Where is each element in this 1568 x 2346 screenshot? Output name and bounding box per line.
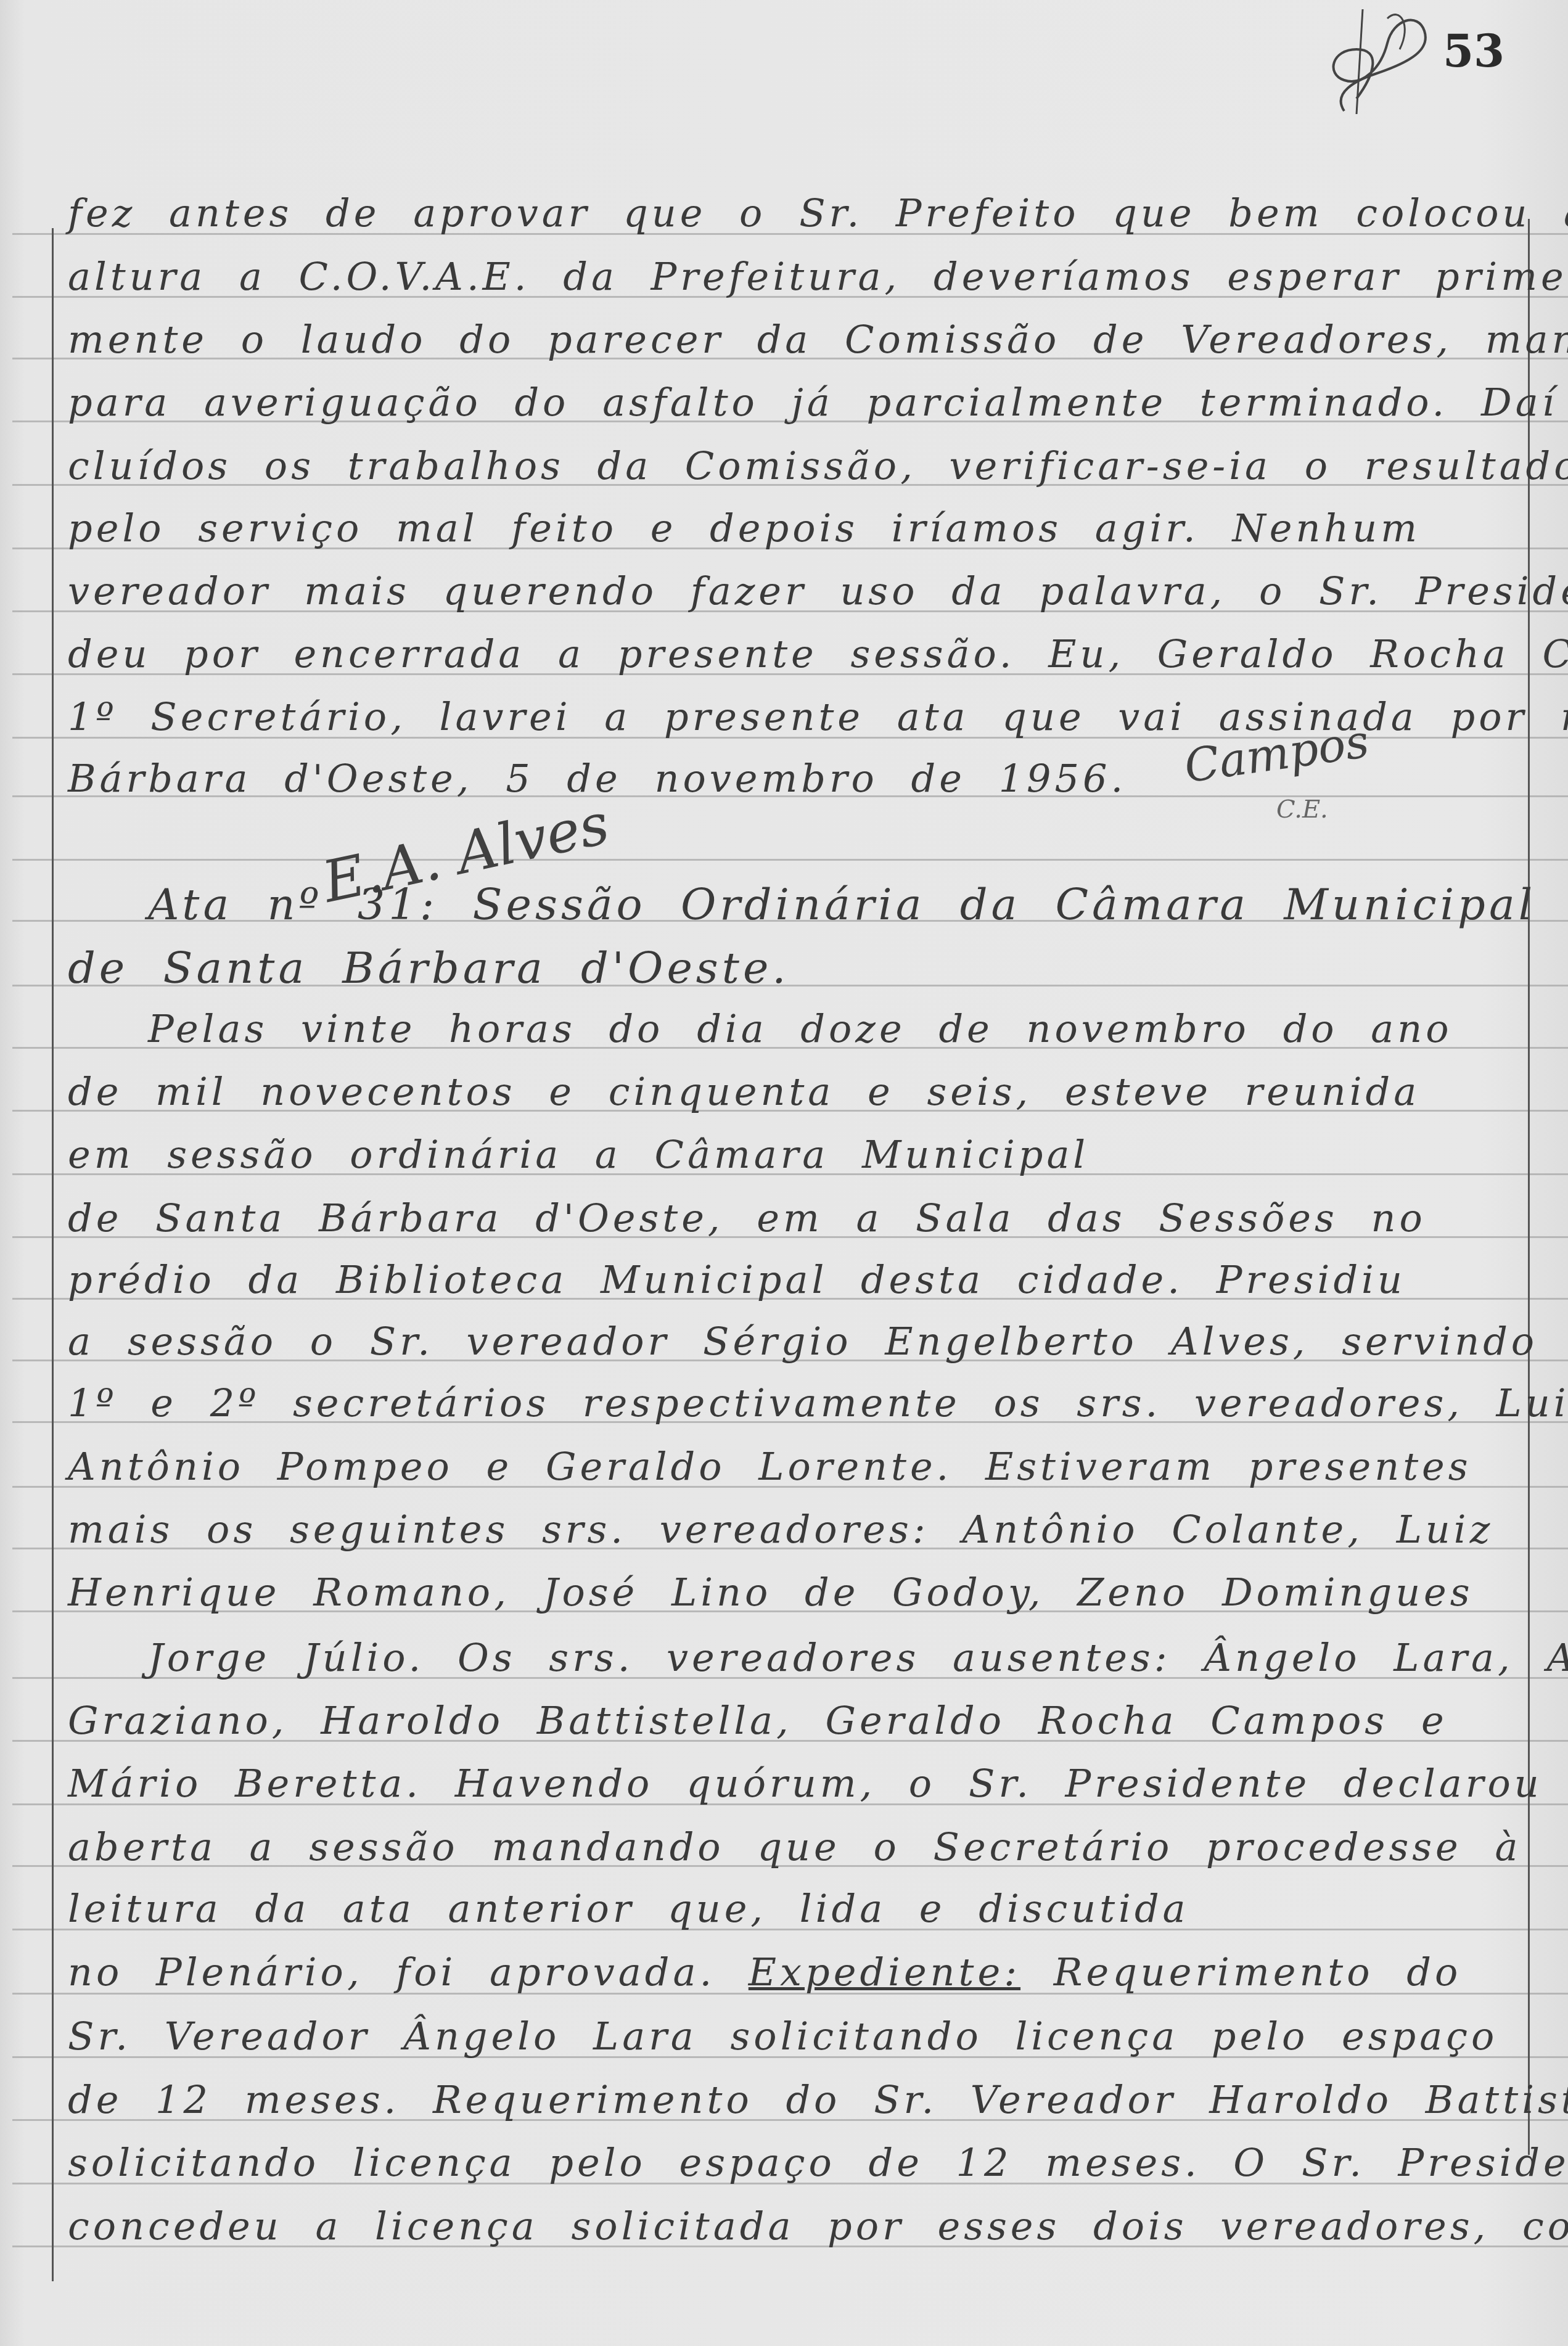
text-line: de 12 meses. Requerimento do Sr. Vereado…: [68, 2081, 1523, 2119]
text-line: Henrique Romano, José Lino de Godoy, Zen…: [68, 1573, 1523, 1612]
text-line: no Plenário, foi aprovada. Expediente: R…: [68, 1953, 1523, 1991]
text-line: a sessão o Sr. vereador Sérgio Engelbert…: [68, 1323, 1523, 1361]
right-margin-line: [1528, 219, 1530, 2155]
minutes-title: Ata nº 31: Sessão Ordinária da Câmara Mu…: [148, 883, 1568, 926]
text-line: de Santa Bárbara d'Oeste, em a Sala das …: [68, 1199, 1523, 1237]
rubric-signature-icon: [1320, 6, 1437, 117]
text-line: para averiguação do asfalto já parcialme…: [68, 383, 1523, 422]
text-line: vereador mais querendo fazer uso da pala…: [68, 572, 1523, 610]
text-line: Antônio Pompeo e Geraldo Lorente. Estive…: [68, 1448, 1523, 1486]
page-number: 53: [1443, 25, 1504, 77]
text-line: solicitando licença pelo espaço de 12 me…: [68, 2144, 1523, 2182]
text-line: 1º e 2º secretários respectivamente os s…: [68, 1384, 1523, 1422]
signature-secretary-initials: C.E.: [1276, 795, 1328, 824]
text-line: Graziano, Haroldo Battistella, Geraldo R…: [68, 1702, 1523, 1740]
text-line: fez antes de aprovar que o Sr. Prefeito …: [68, 194, 1523, 232]
text-line: concedeu a licença solicitada por esses …: [68, 2207, 1523, 2246]
text-line: mais os seguintes srs. vereadores: Antôn…: [68, 1511, 1523, 1549]
text-line: aberta a sessão mandando que o Secretári…: [68, 1828, 1523, 1866]
text-line: deu por encerrada a presente sessão. Eu,…: [68, 635, 1523, 673]
text-line: Sr. Vereador Ângelo Lara solicitando lic…: [68, 2017, 1523, 2056]
text-line: prédio da Biblioteca Municipal desta cid…: [68, 1261, 1523, 1299]
text-line: leitura da ata anterior que, lida e disc…: [68, 1890, 1523, 1928]
text-line: Pelas vinte horas do dia doze de novembr…: [148, 1010, 1568, 1048]
text-line: Jorge Júlio. Os srs. vereadores ausentes…: [148, 1639, 1568, 1677]
text-line: Mário Beretta. Havendo quórum, o Sr. Pre…: [68, 1765, 1523, 1803]
text-line: mente o laudo do parecer da Comissão de …: [68, 321, 1523, 359]
expediente-heading: Expediente:: [749, 1950, 1020, 1995]
text-line: altura a C.O.V.A.E. da Prefeitura, dever…: [68, 258, 1523, 296]
ledger-page: 53 fez antes de aprovar que o Sr. Prefei…: [0, 0, 1568, 2346]
text-line: de mil novecentos e cinquenta e seis, es…: [68, 1073, 1523, 1111]
text-line: cluídos os trabalhos da Comissão, verifi…: [68, 447, 1523, 485]
left-margin-line: [52, 228, 54, 2281]
text-line: pelo serviço mal feito e depois iríamos …: [68, 509, 1523, 548]
text-line: em sessão ordinária a Câmara Municipal: [68, 1136, 1523, 1174]
minutes-title-continued: de Santa Bárbara d'Oeste.: [68, 946, 1523, 990]
